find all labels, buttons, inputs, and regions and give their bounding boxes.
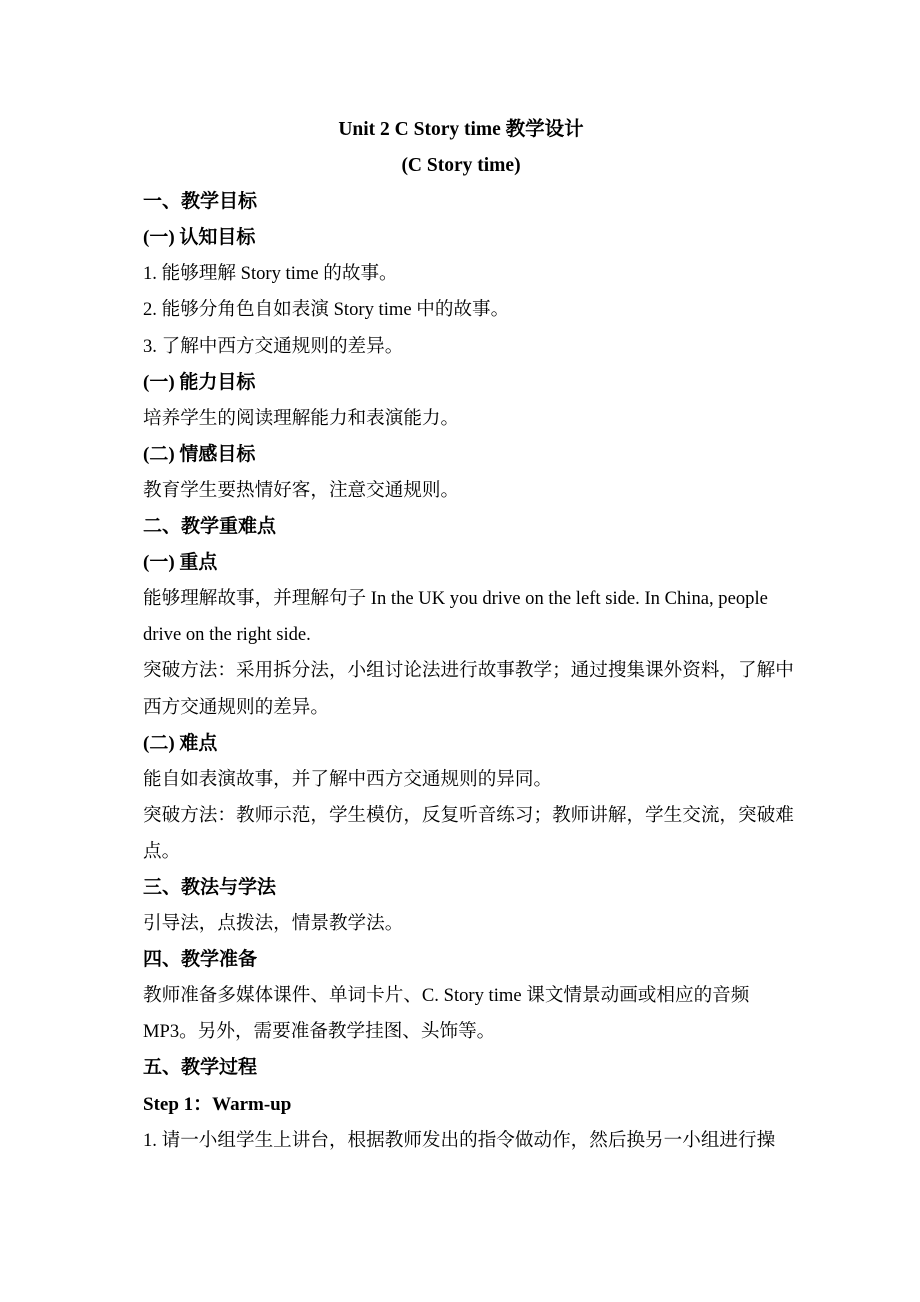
para-key-method-line-2: 西方交通规则的差异。 xyxy=(143,690,779,726)
para-step1-item-1: 1. 请一小组学生上讲台，根据教师发出的指令做动作，然后换另一小组进行操 xyxy=(143,1123,779,1159)
doc-title: Unit 2 C Story time 教学设计 xyxy=(143,112,779,148)
heading-step-1-warm-up: Step 1：Warm-up xyxy=(143,1087,779,1123)
para-objective-3: 3. 了解中西方交通规则的差异。 xyxy=(143,329,779,365)
para-preparation-line-1: 教师准备多媒体课件、单词卡片、C. Story time 课文情景动画或相应的音… xyxy=(143,978,779,1014)
para-objective-2: 2. 能够分角色自如表演 Story time 中的故事。 xyxy=(143,292,779,328)
heading-key-point: (一) 重点 xyxy=(143,545,779,581)
para-difficult-method-line-2: 点。 xyxy=(143,834,779,870)
heading-difficult-point: (二) 难点 xyxy=(143,726,779,762)
heading-cognitive-goals: (一) 认知目标 xyxy=(143,220,779,256)
para-key-method-line-1: 突破方法：采用拆分法，小组讨论法进行故事教学；通过搜集课外资料，了解中 xyxy=(143,653,779,689)
para-key-point-line-2: drive on the right side. xyxy=(143,617,779,653)
para-key-point-line-1: 能够理解故事，并理解句子 In the UK you drive on the … xyxy=(143,581,779,617)
para-preparation-line-2: MP3。另外，需要准备教学挂图、头饰等。 xyxy=(143,1014,779,1050)
para-difficult-method-line-1: 突破方法：教师示范，学生模仿，反复听音练习；教师讲解，学生交流，突破难 xyxy=(143,798,779,834)
para-difficult-point: 能自如表演故事，并了解中西方交通规则的异同。 xyxy=(143,762,779,798)
para-ability-goal: 培养学生的阅读理解能力和表演能力。 xyxy=(143,401,779,437)
heading-teaching-methods: 三、教法与学法 xyxy=(143,870,779,906)
heading-teaching-preparation: 四、教学准备 xyxy=(143,942,779,978)
heading-teaching-process: 五、教学过程 xyxy=(143,1050,779,1086)
document-content: Unit 2 C Story time 教学设计 (C Story time) … xyxy=(143,112,779,1159)
para-teaching-methods: 引导法，点拨法，情景教学法。 xyxy=(143,906,779,942)
para-emotion-goal: 教育学生要热情好客，注意交通规则。 xyxy=(143,473,779,509)
para-objective-1: 1. 能够理解 Story time 的故事。 xyxy=(143,256,779,292)
heading-ability-goals: (一) 能力目标 xyxy=(143,365,779,401)
heading-emotion-goals: (二) 情感目标 xyxy=(143,437,779,473)
document-page: Unit 2 C Story time 教学设计 (C Story time) … xyxy=(0,0,920,1302)
heading-key-difficult-points: 二、教学重难点 xyxy=(143,509,779,545)
heading-teaching-objectives: 一、教学目标 xyxy=(143,184,779,220)
doc-subtitle: (C Story time) xyxy=(143,148,779,184)
